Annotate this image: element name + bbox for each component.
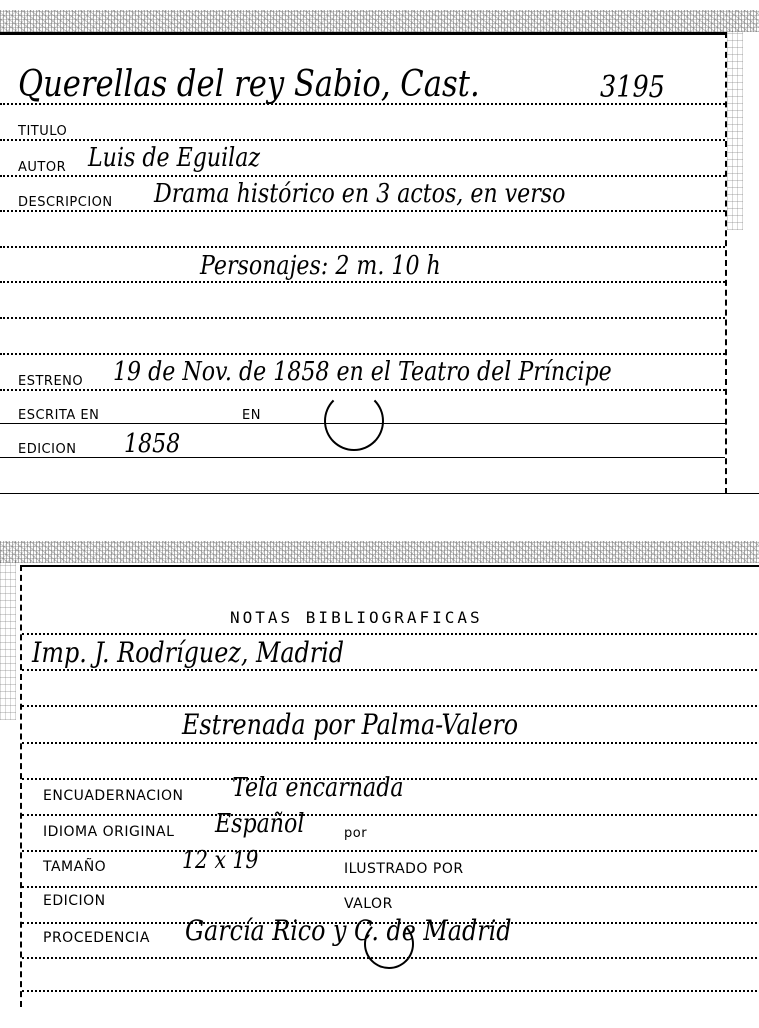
scan-edge-noise — [0, 10, 759, 32]
ruled-line — [22, 705, 759, 707]
card-separator — [0, 493, 759, 494]
ruled-line — [22, 633, 759, 635]
edicion-value: 1858 — [124, 431, 180, 457]
procedencia-value: García Rico y C. de Madrid — [185, 917, 511, 945]
ruled-line — [22, 669, 759, 671]
idioma-value: Español — [215, 811, 304, 837]
ruled-line — [0, 210, 725, 212]
tamano-value: 12 x 19 — [182, 848, 258, 872]
ruled-line — [0, 246, 725, 248]
note-line: Imp. J. Rodríguez, Madrid — [32, 639, 344, 667]
edicion-label: EDICION — [43, 894, 106, 908]
escrita-en-label: ESCRITA EN — [18, 409, 99, 422]
note-line: Estrenada por Palma-Valero — [182, 711, 518, 739]
ruled-line — [22, 850, 759, 852]
punch-hole — [324, 391, 384, 451]
catalog-card-front: Querellas del rey Sabio, Cast. 3195 TITU… — [0, 32, 727, 494]
encuadernacion-value: Tela encarnada — [232, 775, 404, 801]
ruled-line — [0, 317, 725, 319]
scan-edge-noise — [0, 541, 759, 563]
descripcion-label: DESCRIPCION — [18, 196, 113, 209]
ruled-line — [0, 175, 725, 177]
idioma-label: IDIOMA ORIGINAL — [43, 825, 174, 839]
autor-value: Luis de Eguilaz — [88, 145, 260, 171]
ruled-line — [22, 814, 759, 816]
estreno-value: 19 de Nov. de 1858 en el Teatro del Prín… — [113, 359, 612, 385]
estreno-label: ESTRENO — [18, 375, 83, 388]
ruled-line — [0, 139, 725, 141]
scan-edge-noise — [727, 30, 743, 230]
valor-label: VALOR — [344, 897, 393, 911]
edicion-label: EDICION — [18, 443, 76, 456]
autor-label: AUTOR — [18, 161, 66, 174]
scan-edge-noise — [0, 560, 16, 720]
ruled-line — [0, 353, 725, 355]
descripcion-value: Drama histórico en 3 actos, en verso — [154, 181, 565, 207]
encuadernacion-label: ENCUADERNACION — [43, 789, 183, 803]
por-label: por — [344, 827, 367, 840]
ruled-line — [22, 990, 759, 992]
tamano-label: TAMAÑO — [43, 860, 106, 874]
procedencia-label: PROCEDENCIA — [43, 931, 150, 945]
ilustrado-label: ILUSTRADO POR — [344, 862, 464, 876]
ruled-line — [0, 457, 725, 458]
punch-hole — [364, 919, 414, 969]
ruled-line — [0, 389, 725, 391]
catalog-number: 3195 — [600, 73, 665, 103]
en-label: EN — [242, 409, 261, 422]
notes-heading: NOTAS BIBLIOGRAFICAS — [230, 608, 483, 627]
ruled-line — [22, 742, 759, 744]
personajes-value: Personajes: 2 m. 10 h — [200, 253, 441, 279]
ruled-line — [22, 886, 759, 888]
titulo-label: TITULO — [18, 125, 67, 138]
ruled-line — [0, 281, 725, 283]
catalog-card-back: NOTAS BIBLIOGRAFICAS Imp. J. Rodríguez, … — [20, 565, 759, 1007]
title-handwritten: Querellas del rey Sabio, Cast. — [18, 67, 480, 103]
